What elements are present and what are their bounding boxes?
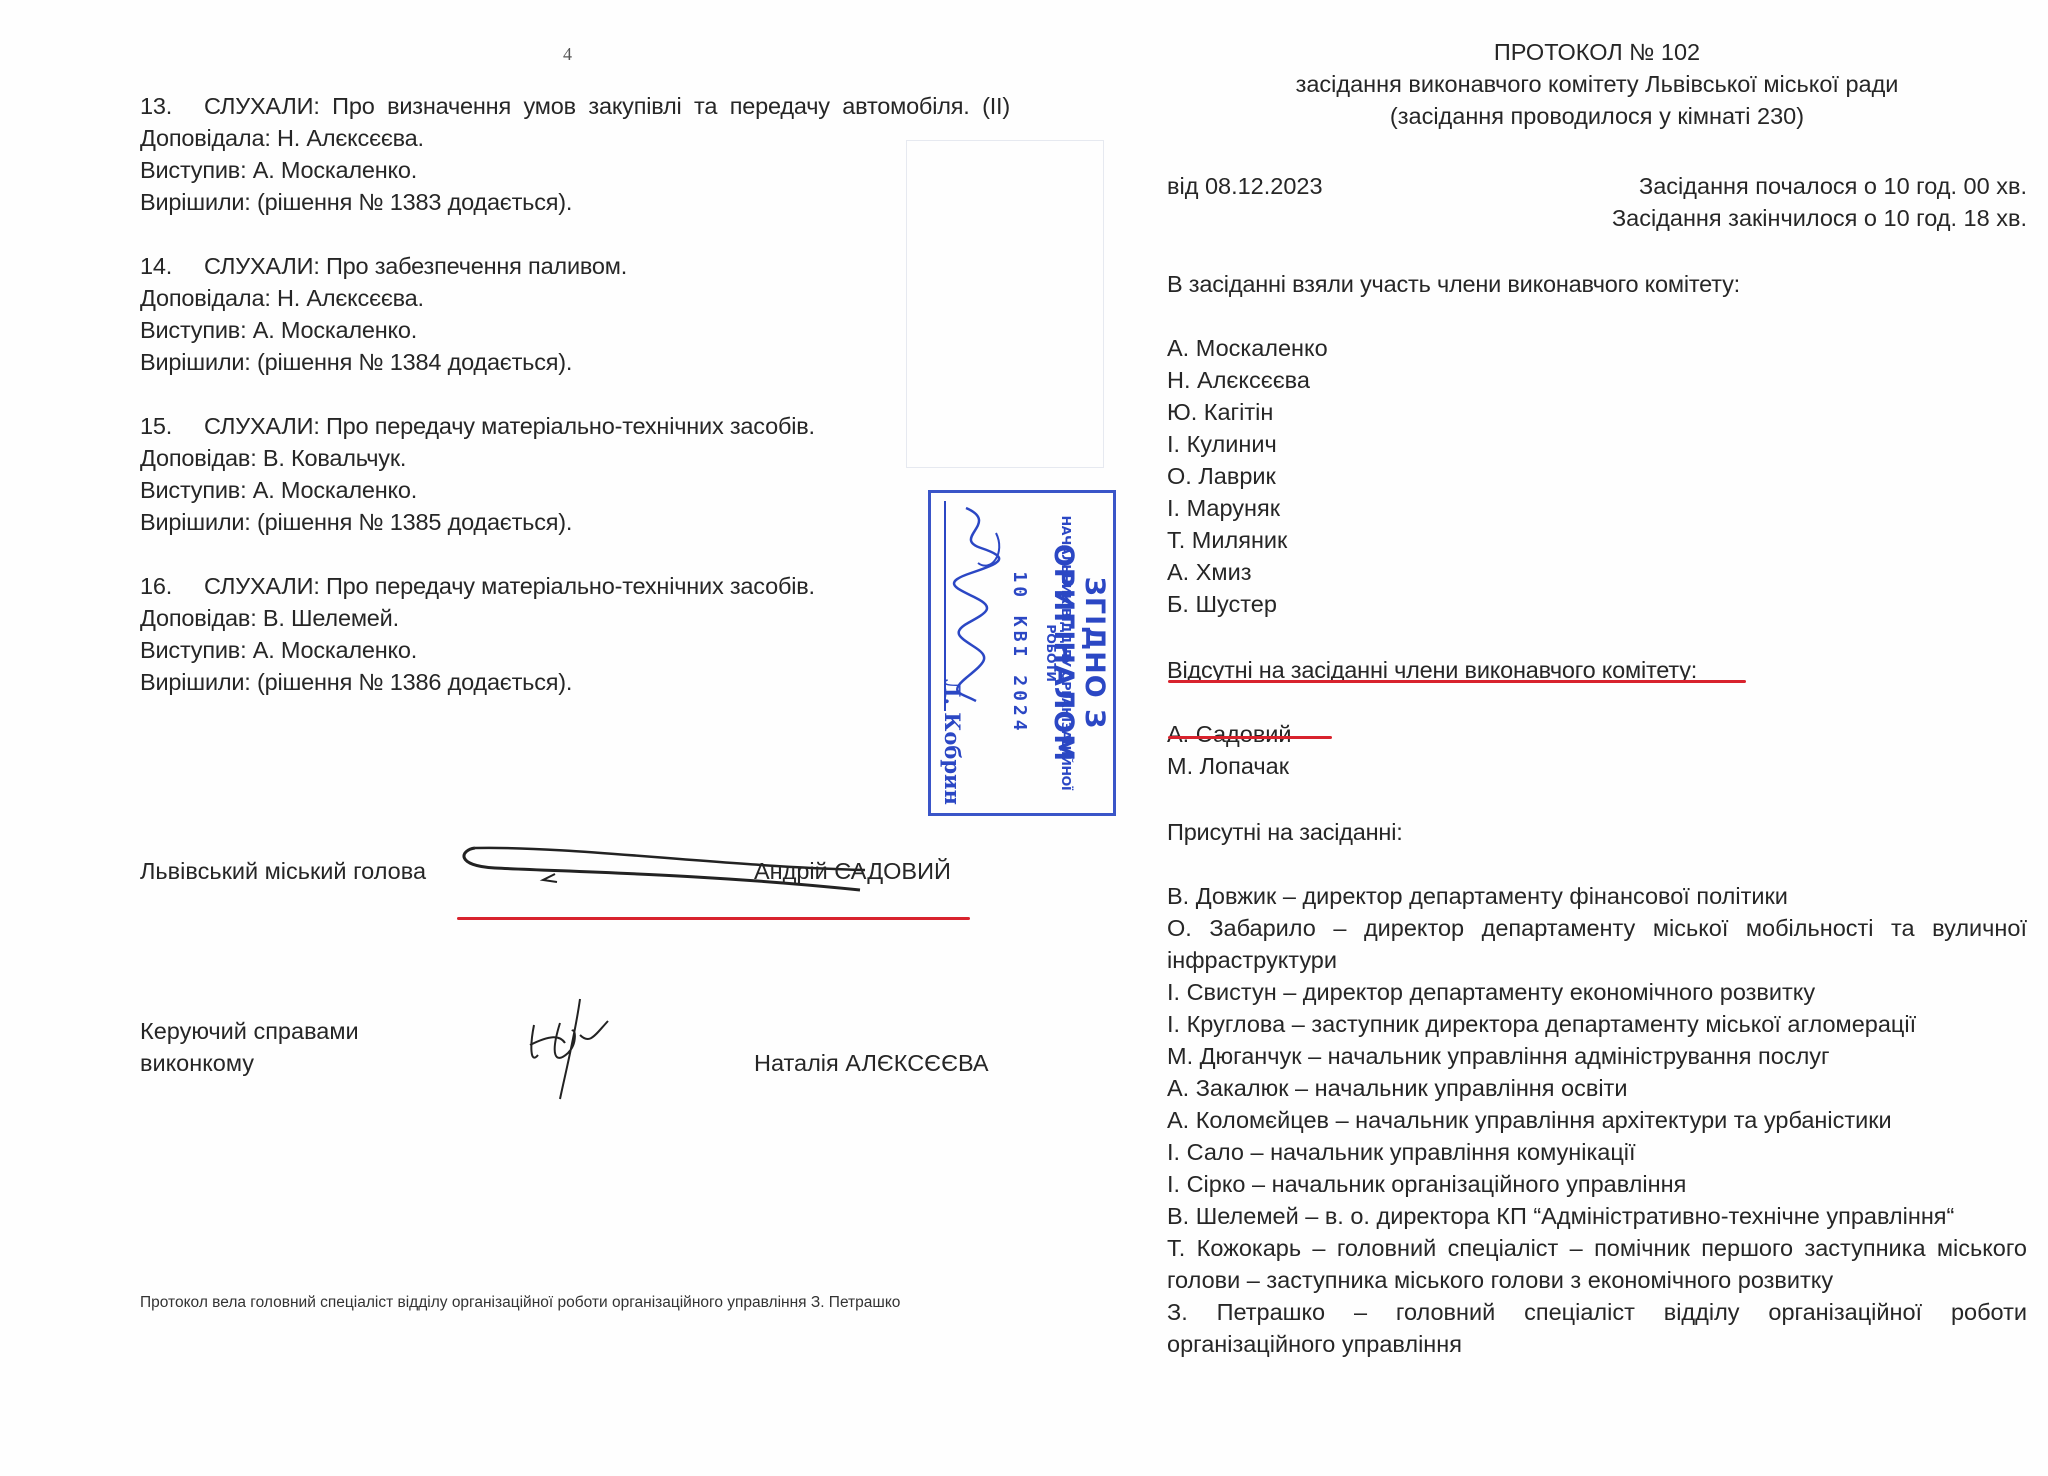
stamp-position: НАЧАЛЬНИК ВІДДІЛУ ОРГАНІЗАЦІЙНОЇ РОБОТИ — [1044, 493, 1074, 813]
present-person: А. Коломєйцев – начальник управління арх… — [1167, 1104, 2027, 1136]
manager-name: Наталія АЛЄКСЄЄВА — [754, 1047, 989, 1079]
stamp-name: Л. Кобрин — [940, 679, 965, 805]
present-heading: Присутні на засіданні: — [1167, 816, 2027, 848]
participants-list: А. Москаленко Н. Алєксєєва Ю. Кагітін І.… — [1167, 332, 2027, 620]
participant: І. Маруняк — [1167, 492, 2027, 524]
protocol-room: (засідання проводилося у кімнаті 230) — [1167, 100, 2027, 132]
page-number: 4 — [563, 44, 572, 65]
red-annotation-underline — [1168, 736, 1332, 739]
absent-member: М. Лопачак — [1167, 750, 2027, 782]
participants-heading: В засіданні взяли участь члени виконавчо… — [1167, 268, 2027, 300]
agenda-heading: 14.СЛУХАЛИ: Про забезпечення паливом. — [140, 250, 1010, 282]
end-time: Засідання закінчилося о 10 год. 18 хв. — [1612, 202, 2027, 234]
participant: А. Хмиз — [1167, 556, 2027, 588]
protocol-date: від 08.12.2023 — [1167, 170, 1323, 202]
manager-signature-icon — [520, 995, 640, 1105]
present-person: О. Забарило – директор департаменту місь… — [1167, 912, 2027, 976]
present-person: М. Дюганчук – начальник управління адмін… — [1167, 1040, 2027, 1072]
participant: І. Кулинич — [1167, 428, 2027, 460]
agenda-reporter: Доповідала: Н. Алєксєєва. — [140, 122, 1010, 154]
agenda-speaker: Виступив: А. Москаленко. — [140, 314, 1010, 346]
agenda-reporter: Доповідала: Н. Алєксєєва. — [140, 282, 1010, 314]
present-person: В. Довжик – директор департаменту фінанс… — [1167, 880, 2027, 912]
faded-stamp-mark — [906, 140, 1104, 468]
agenda-item-15: 15.СЛУХАЛИ: Про передачу матеріально-тех… — [140, 410, 1010, 538]
red-annotation-underline — [1168, 680, 1746, 683]
agenda-decision: Вирішили: (рішення № 1383 додається). — [140, 186, 1010, 218]
agenda-decision: Вирішили: (рішення № 1386 додається). — [140, 666, 1010, 698]
present-person: Т. Кожокарь – головний спеціаліст – помі… — [1167, 1232, 2027, 1296]
present-person: З. Петрашко – головний спеціаліст відділ… — [1167, 1296, 2027, 1360]
present-person: І. Сало – начальник управління комунікац… — [1167, 1136, 2027, 1168]
red-annotation-underline — [457, 917, 970, 920]
agenda-reporter: Доповідав: В. Шелемей. — [140, 602, 1010, 634]
agenda-heading: 16.СЛУХАЛИ: Про передачу матеріально-тех… — [140, 570, 1010, 602]
stamp-signature-icon — [946, 503, 1006, 703]
agenda-reporter: Доповідав: В. Ковальчук. — [140, 442, 1010, 474]
manager-title-line1: Керуючий справами — [140, 1015, 359, 1047]
participant: О. Лаврик — [1167, 460, 2027, 492]
agenda-items: 13.СЛУХАЛИ: Про визначення умов закупівл… — [140, 90, 1010, 730]
mayor-title: Львівський міський голова — [140, 855, 426, 887]
absent-list: А. Садовий М. Лопачак — [1167, 718, 2027, 782]
agenda-speaker: Виступив: А. Москаленко. — [140, 634, 1010, 666]
present-person: І. Сірко – начальник організаційного упр… — [1167, 1168, 2027, 1200]
participant: Т. Миляник — [1167, 524, 2027, 556]
participant: А. Москаленко — [1167, 332, 2027, 364]
present-person: І. Круглова – заступник директора департ… — [1167, 1008, 2027, 1040]
agenda-item-13: 13.СЛУХАЛИ: Про визначення умов закупівл… — [140, 90, 1010, 218]
present-list: В. Довжик – директор департаменту фінанс… — [1167, 880, 2027, 1360]
agenda-item-16: 16.СЛУХАЛИ: Про передачу матеріально-тех… — [140, 570, 1010, 698]
participant: Ю. Кагітін — [1167, 396, 2027, 428]
agenda-decision: Вирішили: (рішення № 1385 додається). — [140, 506, 1010, 538]
protocol-subtitle: засідання виконавчого комітету Львівсько… — [1167, 68, 2027, 100]
agenda-heading: 15.СЛУХАЛИ: Про передачу матеріально-тех… — [140, 410, 1010, 442]
agenda-heading: 13.СЛУХАЛИ: Про визначення умов закупівл… — [140, 90, 1010, 122]
present-person: А. Закалюк – начальник управління освіти — [1167, 1072, 2027, 1104]
protocol-header: ПРОТОКОЛ № 102 засідання виконавчого ком… — [1167, 36, 2027, 1360]
participant: Б. Шустер — [1167, 588, 2027, 620]
absent-member: А. Садовий — [1167, 718, 2027, 750]
agenda-decision: Вирішили: (рішення № 1384 додається). — [140, 346, 1010, 378]
mayor-name: Андрій САДОВИЙ — [754, 855, 951, 887]
certified-copy-stamp: ЗГІДНО З ОРИГІНАЛОМ НАЧАЛЬНИК ВІДДІЛУ ОР… — [928, 490, 1116, 816]
start-time: Засідання почалося о 10 год. 00 хв. — [1612, 170, 2027, 202]
present-person: І. Свистун – директор департаменту еконо… — [1167, 976, 2027, 1008]
protocol-keeper-note: Протокол вела головний спеціаліст відділ… — [140, 1294, 900, 1312]
stamp-date: 10 КВІ 2024 — [1009, 493, 1030, 813]
agenda-item-14: 14.СЛУХАЛИ: Про забезпечення паливом. До… — [140, 250, 1010, 378]
participant: Н. Алєксєєва — [1167, 364, 2027, 396]
agenda-speaker: Виступив: А. Москаленко. — [140, 474, 1010, 506]
present-person: В. Шелемей – в. о. директора КП “Адмініс… — [1167, 1200, 2027, 1232]
agenda-speaker: Виступив: А. Москаленко. — [140, 154, 1010, 186]
manager-title-line2: виконкому — [140, 1047, 254, 1079]
protocol-title: ПРОТОКОЛ № 102 — [1167, 36, 2027, 68]
